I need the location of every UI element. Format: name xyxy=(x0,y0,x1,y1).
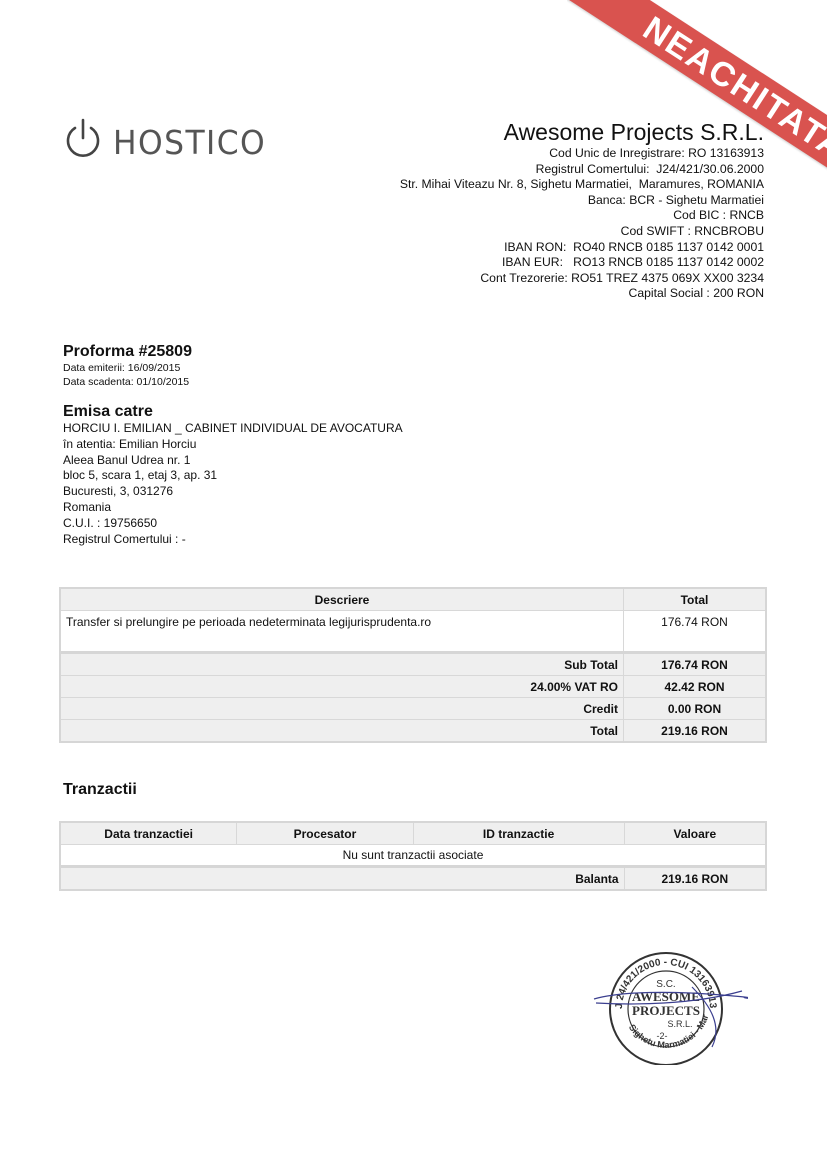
hostico-logo: HOSTICO xyxy=(63,118,270,167)
table-row: Transfer si prelungire pe perioada nedet… xyxy=(60,611,766,653)
items-table: Descriere Total Transfer si prelungire p… xyxy=(59,587,767,743)
bill-to: Emisa catre HORCIU I. EMILIAN _ CABINET … xyxy=(63,402,403,547)
company-info: Awesome Projects S.R.L. Cod Unic de Inre… xyxy=(400,118,764,302)
power-icon xyxy=(63,118,103,167)
total-label: Total xyxy=(60,720,624,743)
stamp-line3: PROJECTS xyxy=(632,1003,700,1018)
empty-transactions-message: Nu sunt tranzactii asociate xyxy=(60,845,766,867)
credit-label: Credit xyxy=(60,698,624,720)
col-description: Descriere xyxy=(60,588,624,611)
balance-row: Balanta 219.16 RON xyxy=(60,867,766,891)
client-attention: în atentia: Emilian Horciu xyxy=(63,437,403,453)
balance-label: Balanta xyxy=(60,867,624,891)
company-swift: Cod SWIFT : RNCBROBU xyxy=(400,224,764,240)
client-address-1: Aleea Banul Udrea nr. 1 xyxy=(63,453,403,469)
stamp-line2: AWESOME xyxy=(632,989,700,1004)
empty-transactions-row: Nu sunt tranzactii asociate xyxy=(60,845,766,867)
total-value: 219.16 RON xyxy=(624,720,767,743)
col-processor: Procesator xyxy=(237,822,413,845)
vat-label: 24.00% VAT RO xyxy=(60,676,624,698)
subtotal-label: Sub Total xyxy=(60,653,624,676)
client-address-2: bloc 5, scara 1, etaj 3, ap. 31 xyxy=(63,468,403,484)
bill-to-heading: Emisa catre xyxy=(63,402,403,421)
balance-value: 219.16 RON xyxy=(624,867,766,891)
proforma-header: Proforma #25809 Data emiterii: 16/09/201… xyxy=(63,342,192,389)
subtotal-value: 176.74 RON xyxy=(624,653,767,676)
company-cui: Cod Unic de Inregistrare: RO 13163913 xyxy=(400,146,764,162)
vat-row: 24.00% VAT RO 42.42 RON xyxy=(60,676,766,698)
client-cui: C.U.I. : 19756650 xyxy=(63,516,403,532)
col-transaction-date: Data tranzactiei xyxy=(60,822,237,845)
stamp-line5: -2- xyxy=(657,1031,668,1041)
stamp-line4: S.R.L. xyxy=(667,1019,692,1029)
item-total: 176.74 RON xyxy=(624,611,767,653)
client-reg: Registrul Comertului : - xyxy=(63,532,403,548)
issue-date: Data emiterii: 16/09/2015 xyxy=(63,361,192,375)
items-header-row: Descriere Total xyxy=(60,588,766,611)
client-name: HORCIU I. EMILIAN _ CABINET INDIVIDUAL D… xyxy=(63,421,403,437)
col-amount: Valoare xyxy=(624,822,766,845)
credit-value: 0.00 RON xyxy=(624,698,767,720)
company-iban-eur: IBAN EUR: RO13 RNCB 0185 1137 0142 0002 xyxy=(400,255,764,271)
company-bic: Cod BIC : RNCB xyxy=(400,208,764,224)
item-description: Transfer si prelungire pe perioada nedet… xyxy=(60,611,624,653)
company-treasury: Cont Trezorerie: RO51 TREZ 4375 069X XX0… xyxy=(400,271,764,287)
company-reg: Registrul Comertului: J24/421/30.06.2000 xyxy=(400,162,764,178)
due-date: Data scadenta: 01/10/2015 xyxy=(63,375,192,389)
company-name: Awesome Projects S.R.L. xyxy=(400,118,764,146)
transactions-header-row: Data tranzactiei Procesator ID tranzacti… xyxy=(60,822,766,845)
transactions-table: Data tranzactiei Procesator ID tranzacti… xyxy=(59,821,767,891)
credit-row: Credit 0.00 RON xyxy=(60,698,766,720)
proforma-title: Proforma #25809 xyxy=(63,342,192,361)
company-address: Str. Mihai Viteazu Nr. 8, Sighetu Marmat… xyxy=(400,177,764,193)
transactions-title: Tranzactii xyxy=(63,781,137,799)
col-transaction-id: ID tranzactie xyxy=(413,822,624,845)
total-row: Total 219.16 RON xyxy=(60,720,766,743)
subtotal-row: Sub Total 176.74 RON xyxy=(60,653,766,676)
client-country: Romania xyxy=(63,500,403,516)
company-capital: Capital Social : 200 RON xyxy=(400,286,764,302)
col-total: Total xyxy=(624,588,767,611)
company-stamp: J 24/421/2000 - CUI 13163913 Sighetu Mar… xyxy=(592,947,748,1065)
company-bank: Banca: BCR - Sighetu Marmatiei xyxy=(400,193,764,209)
logo-text: HOSTICO xyxy=(113,123,266,162)
vat-value: 42.42 RON xyxy=(624,676,767,698)
company-iban-ron: IBAN RON: RO40 RNCB 0185 1137 0142 0001 xyxy=(400,240,764,256)
client-city: Bucuresti, 3, 031276 xyxy=(63,484,403,500)
